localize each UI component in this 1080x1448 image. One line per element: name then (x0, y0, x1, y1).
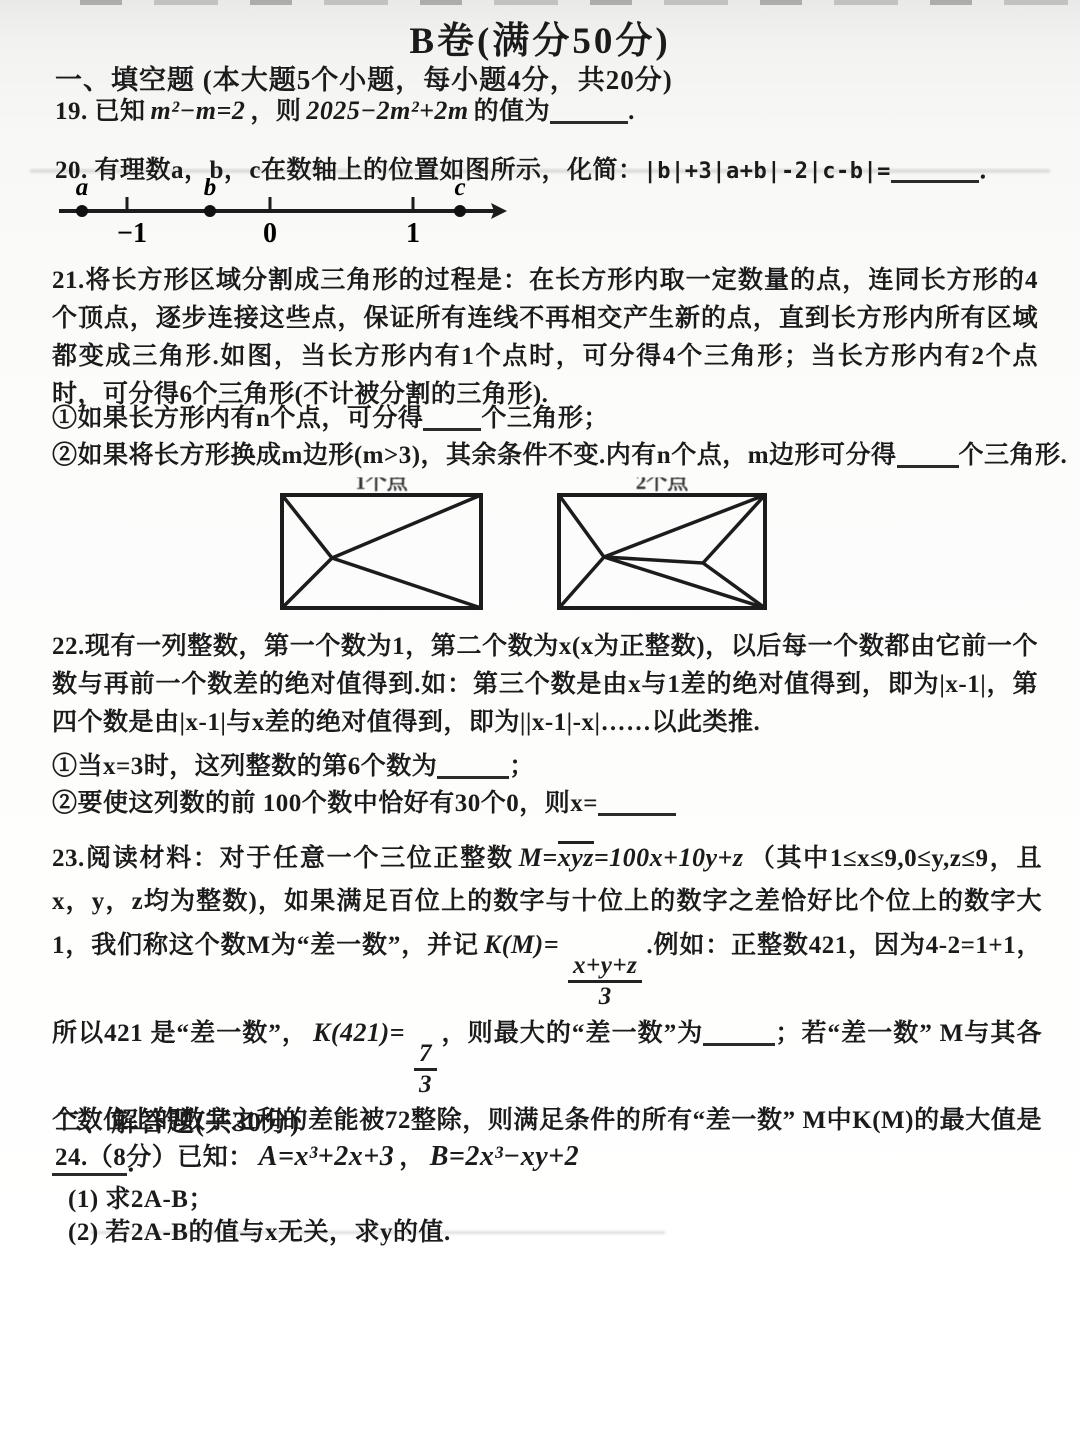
q23-k421-numerator: 7 (414, 1040, 437, 1071)
figure-one-point-lines (282, 495, 481, 608)
q22-item2-pre: ②要使这列数的前 100个数中恰好有30个0，则x= (52, 790, 598, 817)
q23-m-rhs: =100x+10y+z (594, 843, 744, 872)
q19-text-post: 的值为 (474, 98, 551, 125)
section2-heading: 二、解答题(共30分) (55, 1100, 300, 1139)
q20-tail: ． (979, 157, 1005, 184)
q24-comma: ， (399, 1144, 425, 1171)
figure-one-point-label: 1个点 (355, 466, 408, 496)
q23-k421-denominator: 3 (419, 1071, 432, 1099)
tick-label-minus1: −1 (117, 218, 147, 249)
tick-label-one: 1 (406, 218, 420, 249)
point-a-dot (76, 205, 88, 217)
scan-artifact-top (80, 0, 1070, 5)
q20-blank-underline (891, 178, 979, 183)
q23-km-lhs: K(M)= (484, 930, 559, 959)
question-21-item1: ①如果长方形内有n个点，可分得个三角形； (52, 400, 609, 438)
point-c-dot (454, 205, 466, 217)
page-title: B卷(满分50分) (0, 10, 1080, 64)
q23-km-denominator: 3 (599, 983, 612, 1011)
q19-text-mid: ，则 (250, 98, 301, 125)
q23-km-fraction: x+y+z3 (568, 952, 642, 1011)
number-line-figure: a b c −1 0 1 (55, 178, 525, 252)
figure-two-points-drawing (557, 493, 767, 611)
q23-k421-lhs: K(421)= (313, 1018, 405, 1047)
point-b-label: b (204, 178, 217, 201)
question-22-item1: ①当x=3时，这列整数的第6个数为； (52, 748, 535, 786)
q24-formula-a: A=x³+2x+3 (259, 1141, 394, 1172)
q23-text-4: ，则最大的“差一数”为 (441, 1020, 703, 1047)
q23-text-1: 23.阅读材料：对于任意一个三位正整数 (52, 845, 514, 872)
tick-label-zero: 0 (263, 218, 277, 249)
point-a-label: a (76, 178, 89, 201)
q23-km-numerator: x+y+z (568, 952, 642, 983)
q21-figures: 1个点 2个点 (280, 466, 767, 611)
q19-formula-1: m²−m=2 (151, 96, 246, 125)
q22-item2-blank (598, 811, 676, 816)
q19-tail: . (628, 98, 635, 125)
figure-two-points-lines (559, 495, 765, 608)
question-21-paragraph: 21.将长方形区域分割成三角形的过程是：在长方形内取一定数量的点，连同长方形的4… (52, 262, 1038, 414)
figure-two-points: 2个点 (557, 466, 767, 611)
figure-two-points-label: 2个点 (636, 466, 689, 496)
q22-item1-pre: ①当x=3时，这列整数的第6个数为 (52, 753, 437, 780)
q24-text-pre: 24.（8分）已知： (55, 1144, 254, 1171)
q23-m-formula: M=xyz=100x+10y+z (519, 843, 744, 872)
q21-item1-pre: ①如果长方形内有n个点，可分得 (52, 405, 423, 432)
q23-xyz-overline: xyz (558, 841, 594, 871)
q21-item2-post: 个三角形. (959, 442, 1068, 469)
q22-item1-post: ； (509, 753, 535, 780)
q23-blank-1 (703, 1041, 775, 1046)
q23-k421-fraction: 73 (414, 1040, 437, 1099)
q23-m-lhs: M= (519, 843, 558, 872)
q21-item1-blank (423, 426, 481, 431)
question-22-item2: ②要使这列数的前 100个数中恰好有30个0，则x= (52, 785, 676, 823)
q24-formula-b: B=2x³−xy+2 (430, 1141, 579, 1172)
q19-formula-2: 2025−2m²+2m (306, 96, 468, 125)
exam-paper-page: B卷(满分50分) 一、填空题 (本大题5个小题，每小题4分，共20分) 19.… (0, 0, 1080, 1448)
q21-item2-pre: ②如果将长方形换成m边形(m>3)，其余条件不变.内有n个点，m边形可分得 (52, 442, 897, 469)
question-19: 19. 已知m²−m=2，则2025−2m²+2m的值为. (55, 92, 635, 131)
q19-text-pre: 19. 已知 (55, 98, 146, 125)
question-24-item2: (2) 若2A-B的值与x无关，求y的值. (68, 1214, 451, 1252)
q19-blank-underline (550, 119, 628, 124)
q22-item1-blank (437, 774, 509, 779)
figure-one-point-drawing (280, 493, 483, 611)
q21-item1-post: 个三角形； (481, 405, 609, 432)
question-22-paragraph: 22.现有一列整数，第一个数为1，第二个数为x(x为正整数)，以后每一个数都由它… (52, 628, 1038, 742)
q21-item2-blank (897, 463, 959, 468)
point-b-dot (204, 205, 216, 217)
point-c-label: c (454, 178, 465, 201)
question-24: 24.（8分）已知：A=x³+2x+3，B=2x³−xy+2 (55, 1138, 584, 1177)
q20-expression: |b|+3|a+b|-2|c-b|= (644, 159, 891, 184)
figure-one-point: 1个点 (280, 466, 483, 611)
